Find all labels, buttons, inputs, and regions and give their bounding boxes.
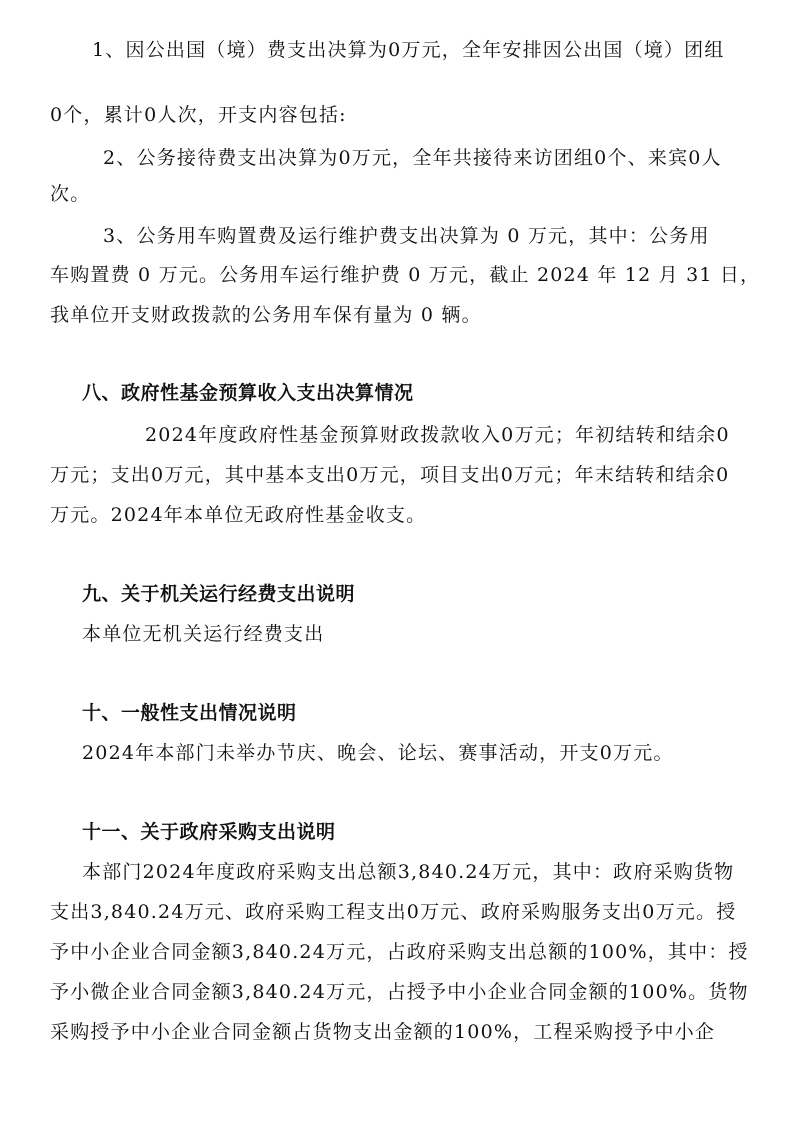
paragraph-line: 采购授予中小企业合同金额占货物支出金额的100%，工程采购授予中小企: [50, 1020, 715, 1044]
paragraph-line: 2024年度政府性基金预算财政拨款收入0万元；年初结转和结余0: [145, 423, 730, 447]
paragraph-line: 1、因公出国（境）费支出决算为0万元，全年安排因公出国（境）团组: [92, 38, 725, 62]
paragraph-line: 3、公务用车购置费及运行维护费支出决算为 0 万元，其中：公务用: [103, 224, 710, 248]
paragraph-line: 万元。2024年本单位无政府性基金收支。: [50, 503, 426, 527]
paragraph-line: 2024年本部门未举办节庆、晚会、论坛、赛事活动，开支0万元。: [82, 741, 674, 765]
paragraph-line: 本部门2024年度政府采购支出总额3,840.24万元，其中：政府采购货物: [82, 860, 734, 884]
paragraph-line: 我单位开支财政拨款的公务用车保有量为 0 辆。: [50, 303, 482, 327]
section-heading: 十一、关于政府采购支出说明: [82, 820, 336, 844]
paragraph-line: 予小微企业合同金额3,840.24万元，占授予中小企业合同金额的100%。货物: [50, 980, 749, 1004]
section-heading: 九、关于机关运行经费支出说明: [82, 582, 355, 606]
section-heading: 八、政府性基金预算收入支出决算情况: [82, 381, 414, 405]
section-heading: 十、一般性支出情况说明: [82, 701, 297, 725]
paragraph-line: 予中小企业合同金额3,840.24万元，占政府采购支出总额的100%，其中：授: [50, 940, 749, 964]
paragraph-line: 车购置费 0 万元。公务用车运行维护费 0 万元，截止 2024 年 12 月 …: [50, 263, 760, 287]
paragraph-line: 支出3,840.24万元、政府采购工程支出0万元、政府采购服务支出0万元。授: [50, 900, 736, 924]
paragraph-line: 万元；支出0万元，其中基本支出0万元，项目支出0万元；年末结转和结余0: [50, 463, 729, 487]
paragraph-line: 本单位无机关运行经费支出: [82, 622, 324, 646]
paragraph-line: 次。: [50, 182, 90, 206]
paragraph-line: 0个，累计0人次，开支内容包括:: [50, 103, 347, 127]
paragraph-line: 2、公务接待费支出决算为0万元，全年共接待来访团组0个、来宾0人: [103, 146, 722, 170]
